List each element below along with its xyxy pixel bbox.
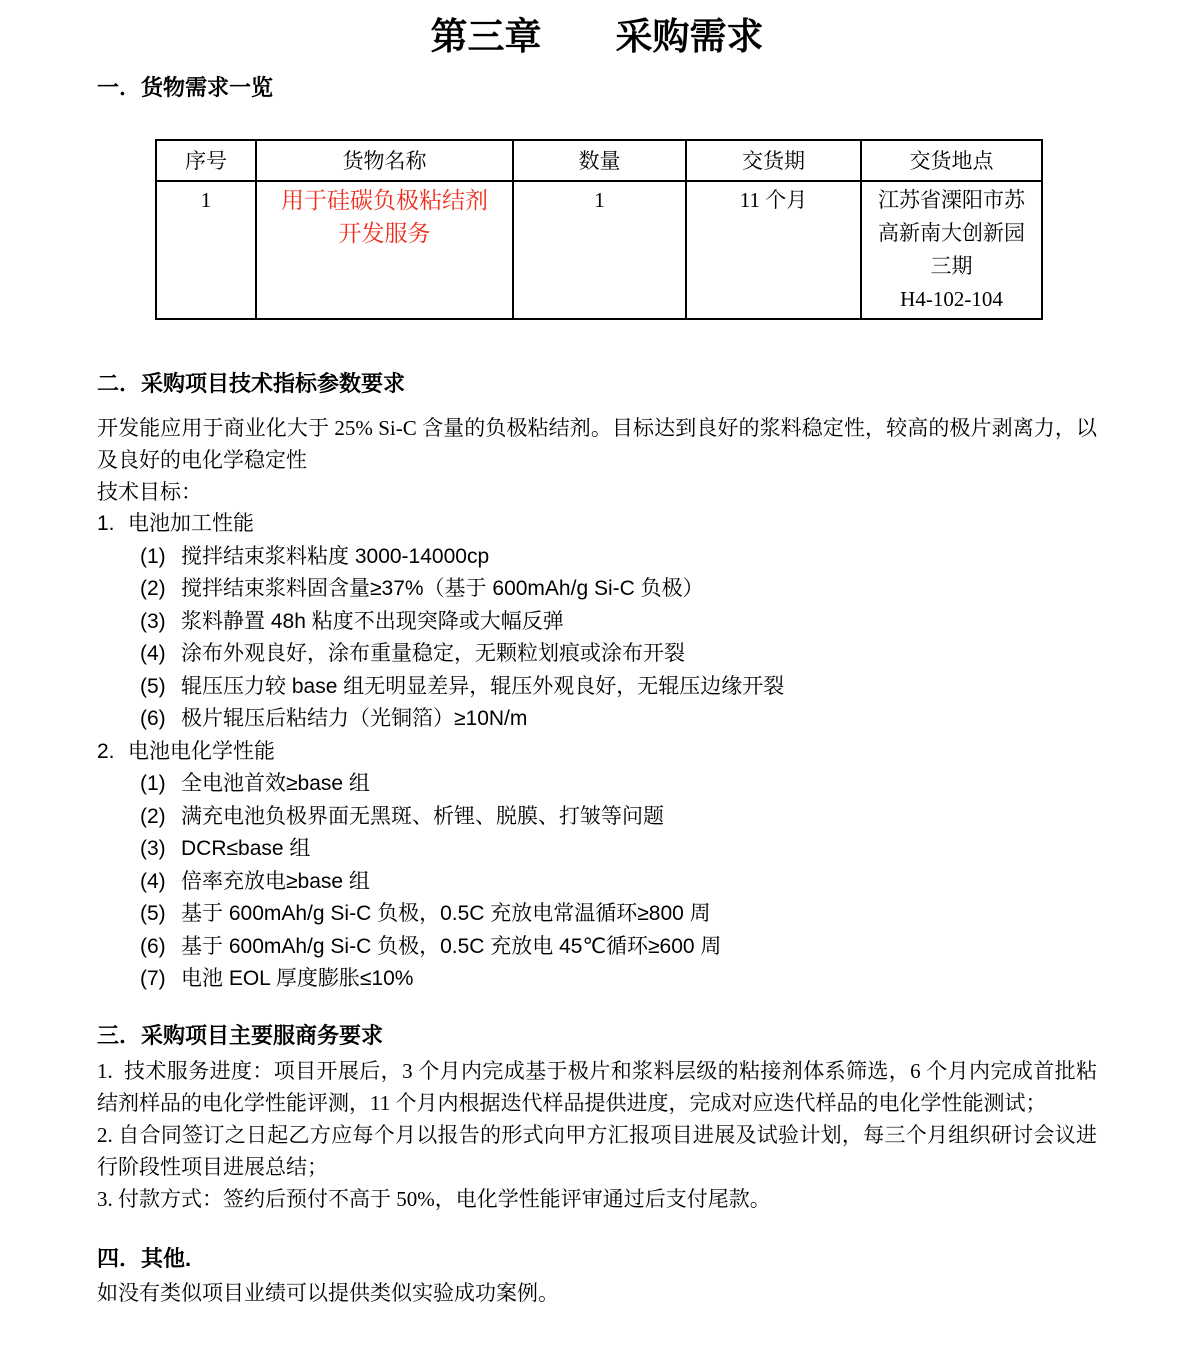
section2-intro-paragraph: 开发能应用于商业化大于 25% Si-C 含量的负极粘结剂。目标达到良好的浆料稳… (97, 412, 1097, 476)
page-title: 第三章 采购需求 (97, 16, 1097, 60)
item-marker: (1) (140, 768, 181, 801)
item-marker: (3) (140, 606, 181, 639)
item-marker: (5) (140, 671, 181, 704)
tech-item: (2) 满充电池负极界面无黑斑、析锂、脱膜、打皱等问题 (97, 801, 1097, 834)
group-marker: 2. (97, 736, 128, 769)
cell-goods-name: 用于硅碳负极粘结剂 开发服务 (256, 181, 513, 319)
item-text: 电池 EOL 厚度膨胀≤10% (181, 963, 1097, 996)
item-marker: (3) (140, 833, 181, 866)
tech-item: (3) DCR≤base 组 (97, 833, 1097, 866)
tech-item: (5) 基于 600mAh/g Si-C 负极，0.5C 充放电常温循环≥800… (97, 898, 1097, 931)
col-header-delivery-period: 交货期 (686, 140, 861, 181)
tech-group-2-title: 2. 电池电化学性能 (97, 736, 1097, 769)
tech-item: (6) 极片辊压后粘结力（光铜箔）≥10N/m (97, 703, 1097, 736)
item-marker: (2) (140, 573, 181, 606)
item-marker: (2) (140, 801, 181, 834)
section3-heading: 三．采购项目主要服商务要求 (97, 1022, 1097, 1050)
item-text: 搅拌结束浆料固含量≥37%（基于 600mAh/g Si-C 负极） (181, 573, 1097, 606)
tech-item: (4) 倍率充放电≥base 组 (97, 866, 1097, 899)
col-header-quantity: 数量 (513, 140, 686, 181)
item-text: 涂布外观良好，涂布重量稳定，无颗粒划痕或涂布开裂 (181, 638, 1097, 671)
item-text: DCR≤base 组 (181, 833, 1097, 866)
col-header-no: 序号 (156, 140, 256, 181)
section3-paragraph-3: 3. 付款方式：签约后预付不高于 50%，电化学性能评审通过后支付尾款。 (97, 1183, 1097, 1215)
cell-no: 1 (156, 181, 256, 319)
group-marker: 1. (97, 508, 128, 541)
item-marker: (6) (140, 703, 181, 736)
document-page: 第三章 采购需求 一．货物需求一览 序号 货物名称 数量 交货期 交货地点 1 … (0, 0, 1192, 1349)
item-text: 基于 600mAh/g Si-C 负极，0.5C 充放电 45℃循环≥600 周 (181, 931, 1097, 964)
table-header-row: 序号 货物名称 数量 交货期 交货地点 (156, 140, 1042, 181)
item-text: 倍率充放电≥base 组 (181, 866, 1097, 899)
item-marker: (5) (140, 898, 181, 931)
tech-group-1: 1. 电池加工性能 (1) 搅拌结束浆料粘度 3000-14000cp (2) … (97, 508, 1097, 736)
section4-text: 如没有类似项目业绩可以提供类似实验成功案例。 (97, 1277, 1097, 1309)
section4-heading: 四．其他. (97, 1245, 1097, 1273)
tech-item: (1) 搅拌结束浆料粘度 3000-14000cp (97, 541, 1097, 574)
tech-item: (5) 辊压压力较 base 组无明显差异，辊压外观良好，无辊压边缘开裂 (97, 671, 1097, 704)
col-header-delivery-location: 交货地点 (861, 140, 1042, 181)
section3-paragraph-2: 2. 自合同签订之日起乙方应每个月以报告的形式向甲方汇报项目进展及试验计划，每三… (97, 1119, 1097, 1183)
item-text: 极片辊压后粘结力（光铜箔）≥10N/m (181, 703, 1097, 736)
section2-heading: 二．采购项目技术指标参数要求 (97, 370, 1097, 398)
item-marker: (4) (140, 866, 181, 899)
item-text: 辊压压力较 base 组无明显差异，辊压外观良好，无辊压边缘开裂 (181, 671, 1097, 704)
item-marker: (1) (140, 541, 181, 574)
tech-item: (6) 基于 600mAh/g Si-C 负极，0.5C 充放电 45℃循环≥6… (97, 931, 1097, 964)
section3-paragraph-1: 1. 技术服务进度：项目开展后，3 个月内完成基于极片和浆料层级的粘接剂体系筛选… (97, 1055, 1097, 1119)
cell-delivery-location: 江苏省溧阳市苏 高新南大创新园 三期 H4-102-104 (861, 181, 1042, 319)
tech-item: (2) 搅拌结束浆料固含量≥37%（基于 600mAh/g Si-C 负极） (97, 573, 1097, 606)
group-title-text: 电池加工性能 (128, 508, 254, 541)
item-marker: (4) (140, 638, 181, 671)
item-text: 满充电池负极界面无黑斑、析锂、脱膜、打皱等问题 (181, 801, 1097, 834)
goods-requirements-table: 序号 货物名称 数量 交货期 交货地点 1 用于硅碳负极粘结剂 开发服务 1 1… (155, 139, 1043, 320)
tech-item: (7) 电池 EOL 厚度膨胀≤10% (97, 963, 1097, 996)
tech-goal-label: 技术目标： (97, 476, 1097, 508)
tech-group-2: 2. 电池电化学性能 (1) 全电池首效≥base 组 (2) 满充电池负极界面… (97, 736, 1097, 996)
item-text: 全电池首效≥base 组 (181, 768, 1097, 801)
item-text: 浆料静置 48h 粘度不出现突降或大幅反弹 (181, 606, 1097, 639)
tech-item: (4) 涂布外观良好，涂布重量稳定，无颗粒划痕或涂布开裂 (97, 638, 1097, 671)
tech-item: (3) 浆料静置 48h 粘度不出现突降或大幅反弹 (97, 606, 1097, 639)
section1-heading: 一．货物需求一览 (97, 74, 1097, 102)
tech-group-1-title: 1. 电池加工性能 (97, 508, 1097, 541)
group-title-text: 电池电化学性能 (128, 736, 275, 769)
col-header-goods-name: 货物名称 (256, 140, 513, 181)
item-text: 基于 600mAh/g Si-C 负极，0.5C 充放电常温循环≥800 周 (181, 898, 1097, 931)
cell-delivery-period: 11 个月 (686, 181, 861, 319)
cell-quantity: 1 (513, 181, 686, 319)
tech-item: (1) 全电池首效≥base 组 (97, 768, 1097, 801)
item-marker: (7) (140, 963, 181, 996)
tech-groups: 1. 电池加工性能 (1) 搅拌结束浆料粘度 3000-14000cp (2) … (97, 508, 1097, 996)
table-row: 1 用于硅碳负极粘结剂 开发服务 1 11 个月 江苏省溧阳市苏 高新南大创新园… (156, 181, 1042, 319)
item-marker: (6) (140, 931, 181, 964)
item-text: 搅拌结束浆料粘度 3000-14000cp (181, 541, 1097, 574)
